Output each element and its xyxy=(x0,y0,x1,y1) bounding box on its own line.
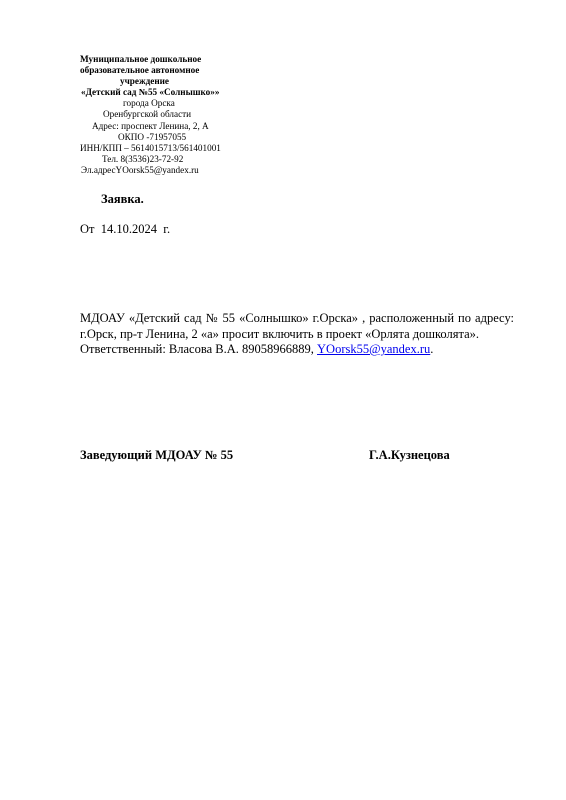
header-line: города Орска xyxy=(80,98,255,109)
header-line: ОКПО -71957055 xyxy=(80,132,255,143)
responsible-suffix: . xyxy=(430,342,433,356)
document-title: Заявка. xyxy=(101,192,144,207)
responsible-text: Ответственный: Власова В.А. 89058966889, xyxy=(80,342,317,356)
header-line: учреждение xyxy=(80,76,255,87)
document-page: Муниципальное дошкольное образовательное… xyxy=(0,0,566,800)
date-line: От 14.10.2024 г. xyxy=(80,222,170,237)
header-line: Оренбургской области xyxy=(80,109,255,120)
request-body: МДОАУ «Детский сад № 55 «Солнышко» г.Орс… xyxy=(80,311,514,358)
header-line: Эл.адресYOorsk55@yandex.ru xyxy=(80,165,255,176)
organization-header: Муниципальное дошкольное образовательное… xyxy=(80,54,255,176)
header-line: Адрес: проспект Ленина, 2, А xyxy=(80,121,255,132)
header-line: образовательное автономное xyxy=(80,65,255,76)
signature-position: Заведующий МДОАУ № 55 xyxy=(80,448,233,463)
signature-name: Г.А.Кузнецова xyxy=(369,448,450,463)
header-line: Муниципальное дошкольное xyxy=(80,54,255,65)
email-link[interactable]: YOorsk55@yandex.ru xyxy=(317,342,430,356)
header-line: ИНН/КПП – 5614015713/561401001 xyxy=(80,143,255,154)
header-line: «Детский сад №55 «Солнышко»» xyxy=(80,87,255,98)
request-paragraph: МДОАУ «Детский сад № 55 «Солнышко» г.Орс… xyxy=(80,311,514,342)
responsible-line: Ответственный: Власова В.А. 89058966889,… xyxy=(80,342,514,358)
header-line: Тел. 8(3536)23-72-92 xyxy=(80,154,255,165)
